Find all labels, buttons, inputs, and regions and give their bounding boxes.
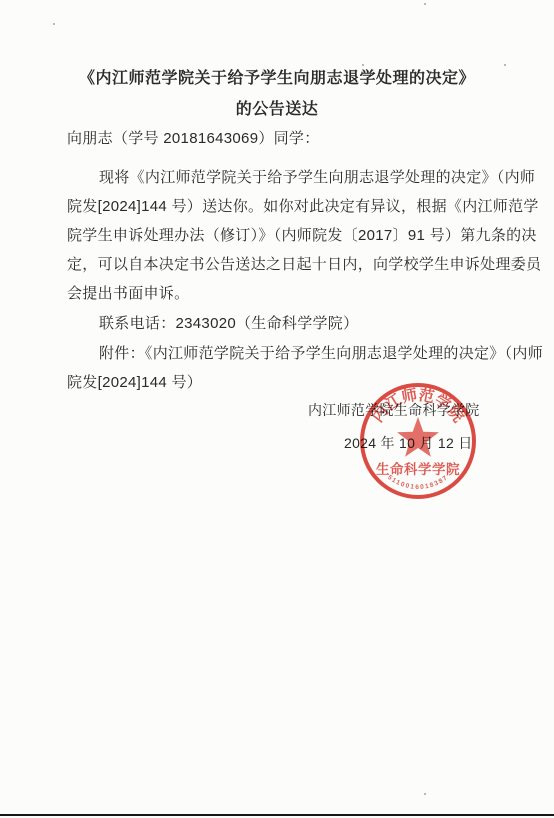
document-page: 《内江师范学院关于给予学生向朋志退学处理的决定》 的公告送达 向朋志（学号 20… bbox=[0, 0, 554, 818]
attachment-line: 院发[2024]144 号） bbox=[67, 373, 202, 393]
document-title-line1: 《内江师范学院关于给予学生向朋志退学处理的决定》 bbox=[0, 69, 554, 89]
document-title-line2: 的公告送达 bbox=[0, 100, 554, 120]
body-line: 院发[2024]144 号）送达你。如你对此决定有异议，根据《内江师范学 bbox=[67, 197, 539, 217]
seal-bottom-text: 生命科学学院 bbox=[376, 461, 460, 477]
body-line: 院学生申诉处理办法（修订）》（内师院发〔2017〕91 号）第九条的决 bbox=[67, 226, 537, 246]
body-line: 现将《内江师范学院关于给予学生向朋志退学处理的决定》（内师 bbox=[99, 168, 535, 188]
attachment-line: 附件：《内江师范学院关于给予学生向朋志退学处理的决定》（内师 bbox=[99, 344, 543, 364]
scan-bottom-edge bbox=[0, 814, 554, 816]
contact-phone-line: 联系电话：2343020（生命科学学院） bbox=[99, 314, 358, 334]
seal-serial-number: 5110016018387 bbox=[386, 474, 450, 491]
signature-org: 内江师范学院生命科学学院 bbox=[308, 400, 480, 420]
body-line: 会提出书面申诉。 bbox=[67, 284, 189, 304]
signature-date: 2024 年 10 月 12 日 bbox=[344, 433, 473, 453]
body-line: 定，可以自本决定书公告送达之日起十日内，向学校学生申诉处理委员 bbox=[67, 255, 541, 275]
salutation: 向朋志（学号 20181643069）同学： bbox=[67, 129, 320, 149]
